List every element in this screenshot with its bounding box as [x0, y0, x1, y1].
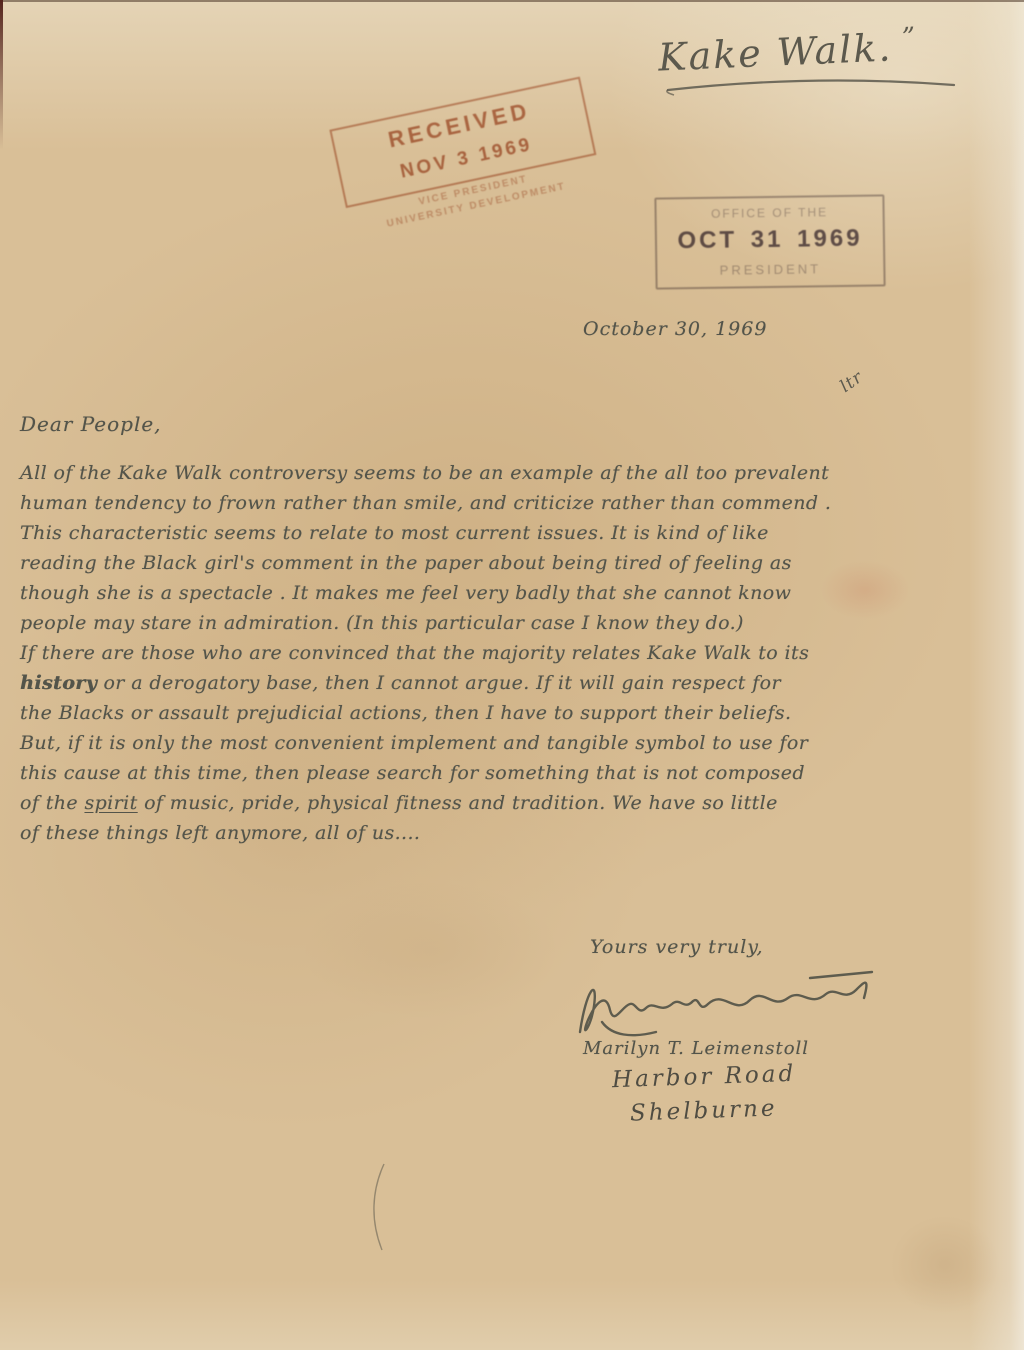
letter-body-line: All of the Kake Walk controversy seems t…	[20, 462, 900, 492]
letter-body-line: people may stare in admiration. (In this…	[20, 612, 900, 642]
salutation: Dear People,	[20, 412, 162, 436]
office-stamp-footer: PRESIDENT	[657, 260, 883, 278]
typed-signature-name: Marilyn T. Leimenstoll	[583, 1038, 809, 1059]
letter-body-line: human tendency to frown rather than smil…	[20, 492, 900, 522]
scan-edge-left	[0, 0, 3, 150]
pencil-note: ltr	[836, 367, 867, 397]
letter-body: All of the Kake Walk controversy seems t…	[20, 462, 900, 852]
letter-body-line: reading the Black girl's comment in the …	[20, 552, 900, 582]
address-town: Shelburne	[630, 1095, 778, 1126]
handwritten-title: Kake Walk.”	[657, 22, 918, 79]
letter-body-line: the Blacks or assault prejudicial action…	[20, 702, 900, 732]
letter-body-line: of these things left anymore, all of us.…	[20, 822, 900, 852]
stray-pencil-mark	[360, 1160, 400, 1255]
letter-body-line: But, if it is only the most convenient i…	[20, 732, 900, 762]
signature-scrawl	[572, 962, 882, 1047]
letter-date: October 30, 1969	[583, 318, 767, 340]
received-stamp: RECEIVED NOV 3 1969 VICE PRESIDENT UNIVE…	[329, 77, 602, 238]
scanned-letter-page: Kake Walk.” RECEIVED NOV 3 1969 VICE PRE…	[0, 0, 1024, 1350]
paper-stain	[890, 1215, 1000, 1315]
letter-body-line: though she is a spectacle . It makes me …	[20, 582, 900, 612]
letter-body-line: This characteristic seems to relate to m…	[20, 522, 900, 552]
office-stamp-date: OCT 31 1969	[657, 224, 883, 255]
letter-body-line: of the spirit of music, pride, physical …	[20, 792, 900, 822]
letter-body-line: history or a derogatory base, then I can…	[20, 672, 900, 702]
letter-body-line: If there are those who are convinced tha…	[20, 642, 900, 672]
office-stamp-header: OFFICE OF THE	[657, 204, 883, 221]
pencil-tick-mark: ”	[901, 22, 918, 53]
closing-phrase: Yours very truly,	[590, 936, 764, 958]
handwritten-title-text: Kake Walk.	[657, 25, 893, 79]
scan-edge-top	[0, 0, 1024, 2]
paper-stain	[300, 880, 560, 1020]
office-of-president-stamp: OFFICE OF THE OCT 31 1969 PRESIDENT	[654, 194, 885, 289]
handwritten-underline	[662, 76, 962, 98]
address-street: Harbor Road	[612, 1061, 797, 1093]
letter-body-line: this cause at this time, then please sea…	[20, 762, 900, 792]
